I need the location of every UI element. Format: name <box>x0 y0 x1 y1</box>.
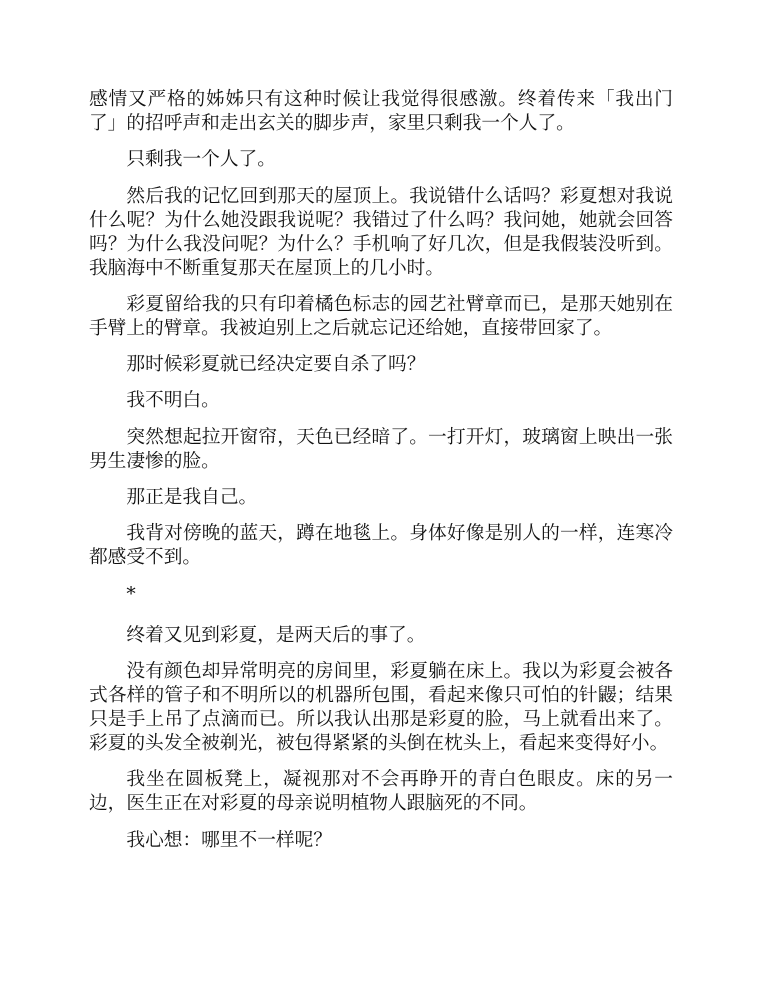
paragraph: 那时候彩夏就已经决定要自杀了吗？ <box>89 353 673 377</box>
paragraph: 我坐在圆板凳上，凝视那对不会再睁开的青白色眼皮。床的另一边，医生正在对彩夏的母亲… <box>89 768 673 816</box>
paragraph: 我心想：哪里不一样呢？ <box>89 829 673 853</box>
paragraph: 突然想起拉开窗帘，天色已经暗了。一打开灯，玻璃窗上映出一张男生凄惨的脸。 <box>89 426 673 474</box>
paragraph: 我背对傍晚的蓝天，蹲在地毯上。身体好像是别人的一样，连寒冷都感受不到。 <box>89 522 673 570</box>
paragraph: 没有颜色却异常明亮的房间里，彩夏躺在床上。我以为彩夏会被各式各样的管子和不明所以… <box>89 660 673 756</box>
paragraph-continuation: 感情又严格的姊姊只有这种时候让我觉得很感激。终着传来「我出门了」的招呼声和走出玄… <box>89 88 673 136</box>
paragraph: 终着又见到彩夏，是两天后的事了。 <box>89 624 673 648</box>
section-separator: * <box>89 583 673 607</box>
paragraph: 那正是我自己。 <box>89 486 673 510</box>
paragraph: 彩夏留给我的只有印着橘色标志的园艺社臂章而已，是那天她别在手臂上的臂章。我被迫别… <box>89 293 673 341</box>
paragraph: 我不明白。 <box>89 389 673 413</box>
paragraph: 只剩我一个人了。 <box>89 148 673 172</box>
document-page: 感情又严格的姊姊只有这种时候让我觉得很感激。终着传来「我出门了」的招呼声和走出玄… <box>89 88 673 865</box>
paragraph: 然后我的记忆回到那天的屋顶上。我说错什么话吗？彩夏想对我说什么呢？为什么她没跟我… <box>89 185 673 281</box>
